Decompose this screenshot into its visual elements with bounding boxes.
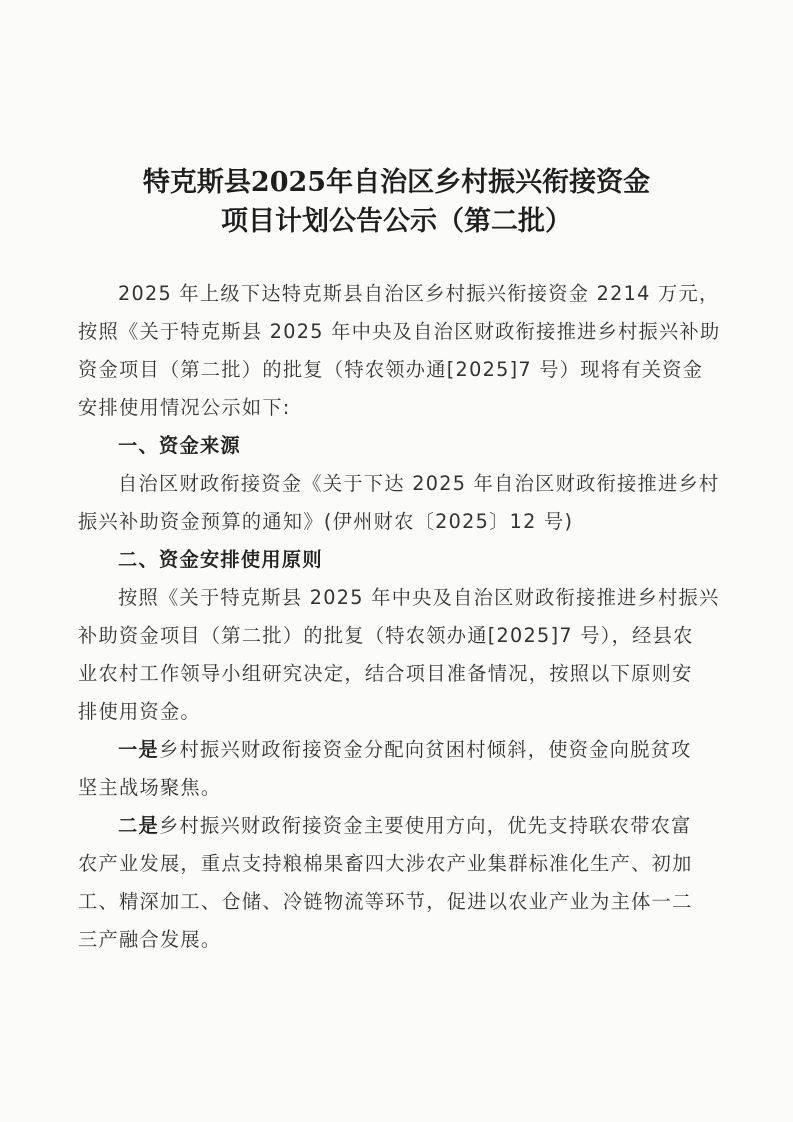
point2-line-3: 工、精深加工、仓储、冷链物流等环节，促进以农业产业为主体一二	[78, 890, 718, 914]
intro-line-2: 按照《关于特克斯县 2025 年中央及自治区财政衔接推进乡村振兴补助	[78, 320, 718, 344]
point1-line-2: 坚主战场聚焦。	[78, 776, 718, 800]
section2-line-4: 排使用资金。	[78, 700, 718, 724]
section2-line-2: 补助资金项目（第二批）的批复（特农领办通[2025]7 号），经县农	[78, 624, 718, 648]
point2-label: 二是	[118, 814, 159, 837]
section2-line-1: 按照《关于特克斯县 2025 年中央及自治区财政衔接推进乡村振兴	[118, 586, 758, 610]
point1-label: 一是	[118, 738, 159, 761]
document-title-line1: 特克斯县2025年自治区乡村振兴衔接资金	[0, 160, 793, 199]
section1-line-2: 振兴补助资金预算的通知》(伊州财农〔2025〕12 号)	[78, 510, 718, 534]
point2-line-2: 农产业发展，重点支持粮棉果畜四大涉农产业集群标准化生产、初加	[78, 852, 718, 876]
section1-heading: 一、资金来源	[118, 434, 758, 458]
section2-heading: 二、资金安排使用原则	[118, 548, 758, 572]
document-title-line2: 项目计划公告公示（第二批）	[0, 199, 793, 238]
document-page: 特克斯县2025年自治区乡村振兴衔接资金 项目计划公告公示（第二批） 2025 …	[0, 0, 793, 1122]
point2-line-1: 二是乡村振兴财政衔接资金主要使用方向，优先支持联农带农富	[118, 814, 758, 838]
section2-line-3: 业农村工作领导小组研究决定，结合项目准备情况，按照以下原则安	[78, 662, 718, 686]
point2-line-4: 三产融合发展。	[78, 928, 718, 952]
point1-text: 乡村振兴财政衔接资金分配向贫困村倾斜，使资金向脱贫攻	[159, 738, 692, 761]
intro-line-4: 安排使用情况公示如下:	[78, 396, 718, 420]
point1-line-1: 一是乡村振兴财政衔接资金分配向贫困村倾斜，使资金向脱贫攻	[118, 738, 758, 762]
intro-line-3: 资金项目（第二批）的批复（特农领办通[2025]7 号）现将有关资金	[78, 358, 718, 382]
section1-line-1: 自治区财政衔接资金《关于下达 2025 年自治区财政衔接推进乡村	[118, 472, 758, 496]
intro-line-1: 2025 年上级下达特克斯县自治区乡村振兴衔接资金 2214 万元，	[118, 282, 758, 306]
point2-text: 乡村振兴财政衔接资金主要使用方向，优先支持联农带农富	[159, 814, 692, 837]
